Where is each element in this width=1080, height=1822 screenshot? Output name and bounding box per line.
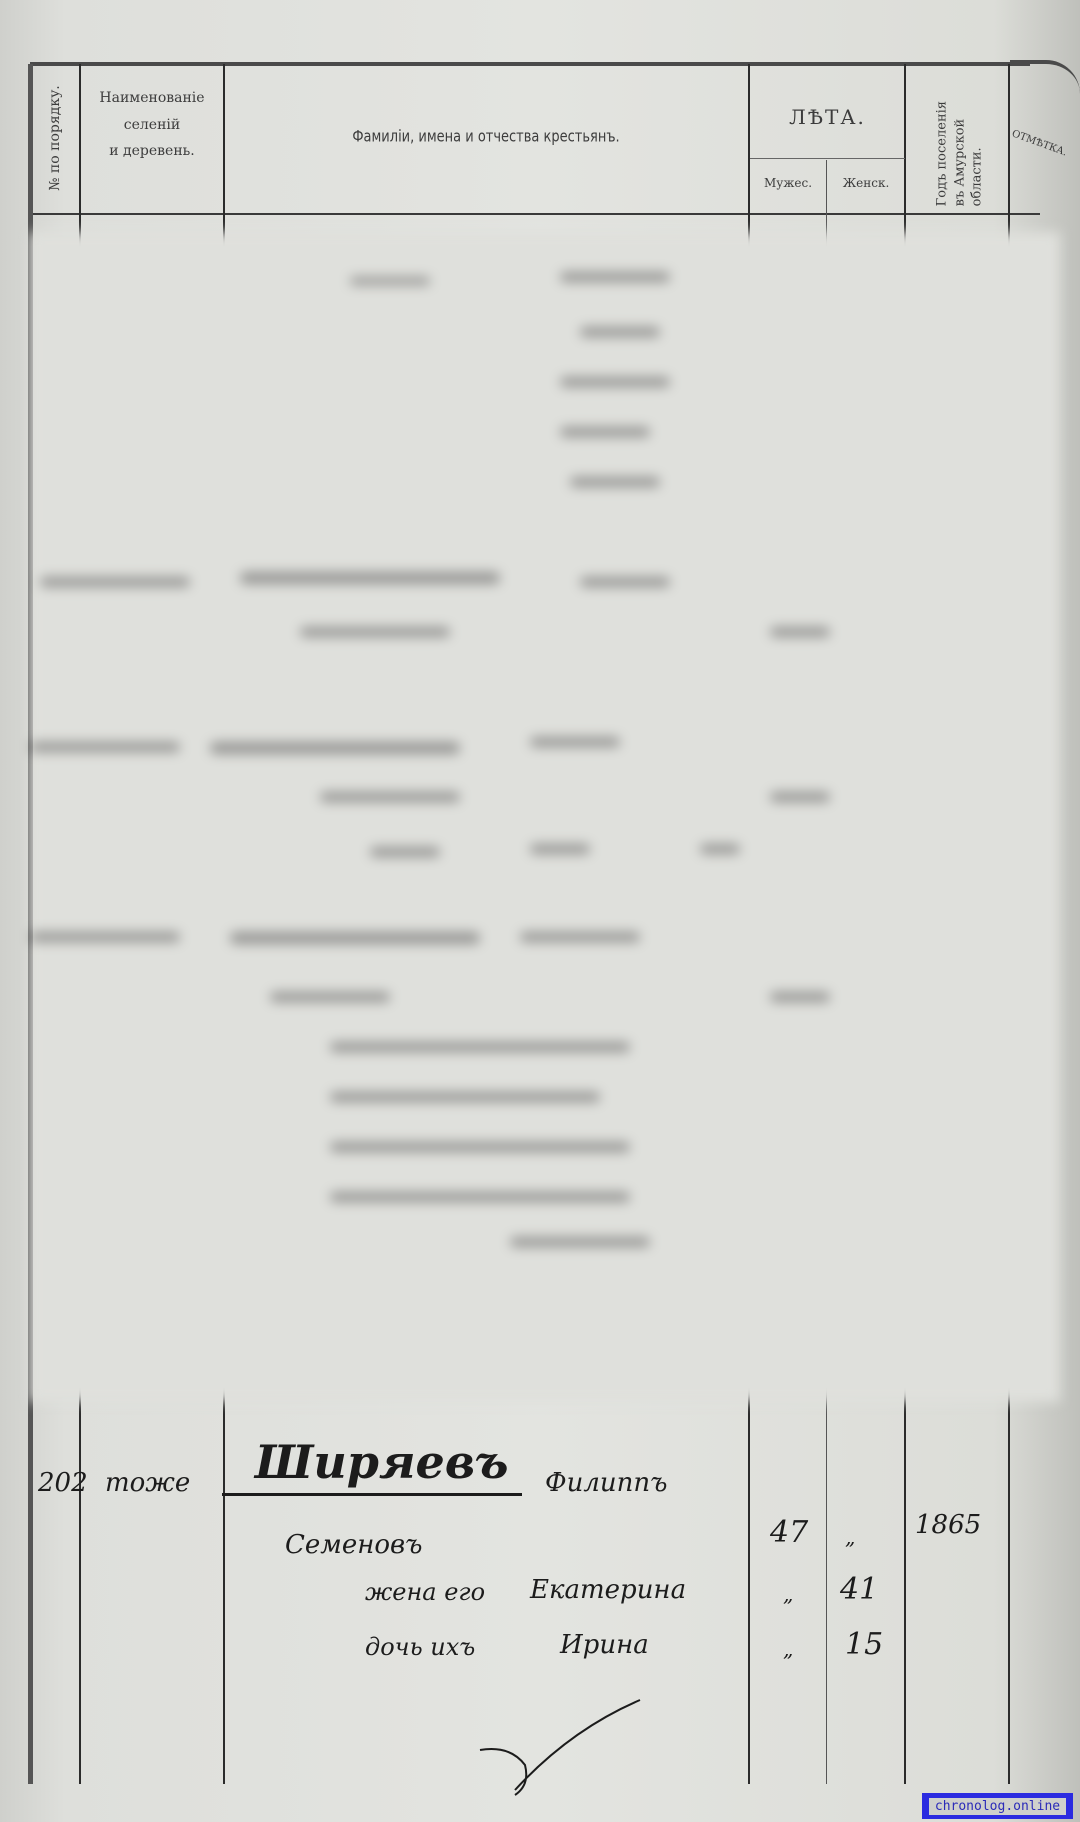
record-settlement: тоже [105,1468,190,1498]
record-head-female-age: „ [845,1525,855,1549]
header-number: № по порядку. [47,83,63,193]
member-male-age: „ [783,1637,793,1661]
closing-flourish [470,1690,670,1800]
header-notes: Отмѣтка. [1010,128,1080,162]
header-age-male: Мужес. [750,172,826,195]
header-settlement: Наименованіе селеній и деревень. [82,85,222,165]
blurred-entries-region [30,232,1060,1402]
record-head-male-age: 47 [770,1515,808,1550]
member-male-age: „ [783,1582,793,1606]
header-year: Годъ поселенія въ Амурской области. [934,86,987,206]
table-top-border-curve [1010,60,1080,94]
watermark: chronolog.online [922,1793,1073,1819]
header-age-group: ЛѢТА. [750,98,905,136]
table-top-border [30,62,1030,66]
member-name: Ирина [560,1630,649,1660]
record-number: 202 [38,1468,88,1498]
member-female-age: 15 [845,1627,883,1662]
header-age-female: Женск. [828,172,904,195]
member-relation: дочь ихъ [365,1633,475,1661]
member-relation: жена его [365,1578,485,1606]
surname-underline [222,1493,522,1496]
age-subheader-rule [750,158,905,159]
header-bottom-border [30,213,1040,215]
record-settlement-year: 1865 [915,1510,981,1540]
member-female-age: 41 [840,1572,878,1607]
record-surname: Ширяевъ [255,1435,508,1489]
member-name: Екатерина [530,1575,686,1605]
record-patronymic: Семеновъ [285,1530,422,1560]
document-page: № по порядку. Наименованіе селеній и дер… [0,0,1080,1822]
header-names: Фамиліи, имена и отчества крестьянъ. [226,124,746,154]
record-given-name: Филиппъ [545,1468,667,1498]
